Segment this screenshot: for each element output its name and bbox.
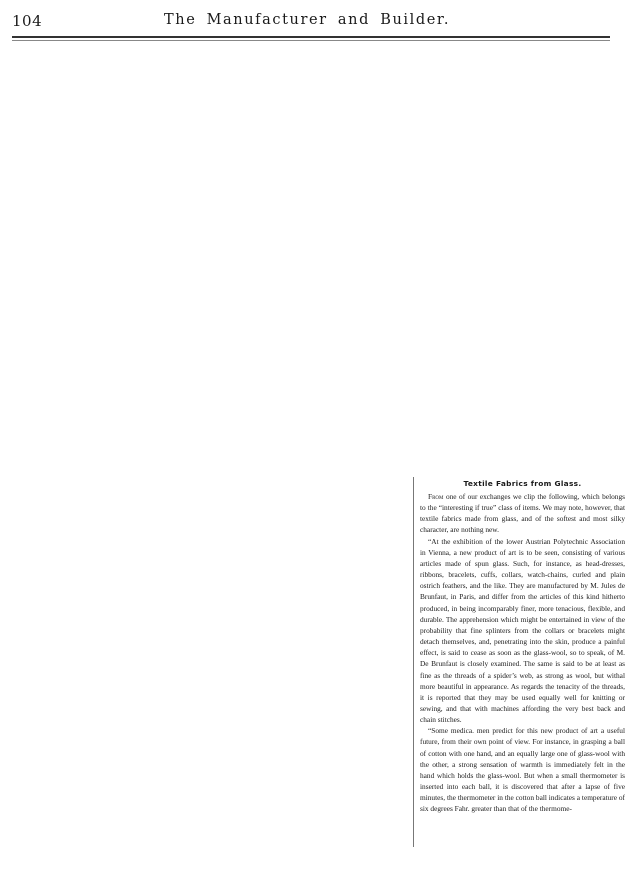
column-divider <box>413 477 414 847</box>
page-header: 104 The Manufacturer and Builder. <box>12 12 610 32</box>
article: Textile Fabrics from Glass. From one of … <box>420 478 625 815</box>
article-paragraph: “At the exhibition of the lower Austrian… <box>420 536 625 726</box>
header-rule-thin <box>12 40 610 41</box>
paragraph-text: one of our exchanges we clip the followi… <box>420 492 625 534</box>
lead-word: From <box>428 492 443 501</box>
article-paragraph: From one of our exchanges we clip the fo… <box>420 491 625 536</box>
article-paragraph: “Some medica. men predict for this new p… <box>420 725 625 814</box>
running-title: The Manufacturer and Builder. <box>164 12 450 28</box>
header-rule-thick <box>12 36 610 38</box>
article-title: Textile Fabrics from Glass. <box>420 478 625 490</box>
page-number: 104 <box>12 12 42 30</box>
